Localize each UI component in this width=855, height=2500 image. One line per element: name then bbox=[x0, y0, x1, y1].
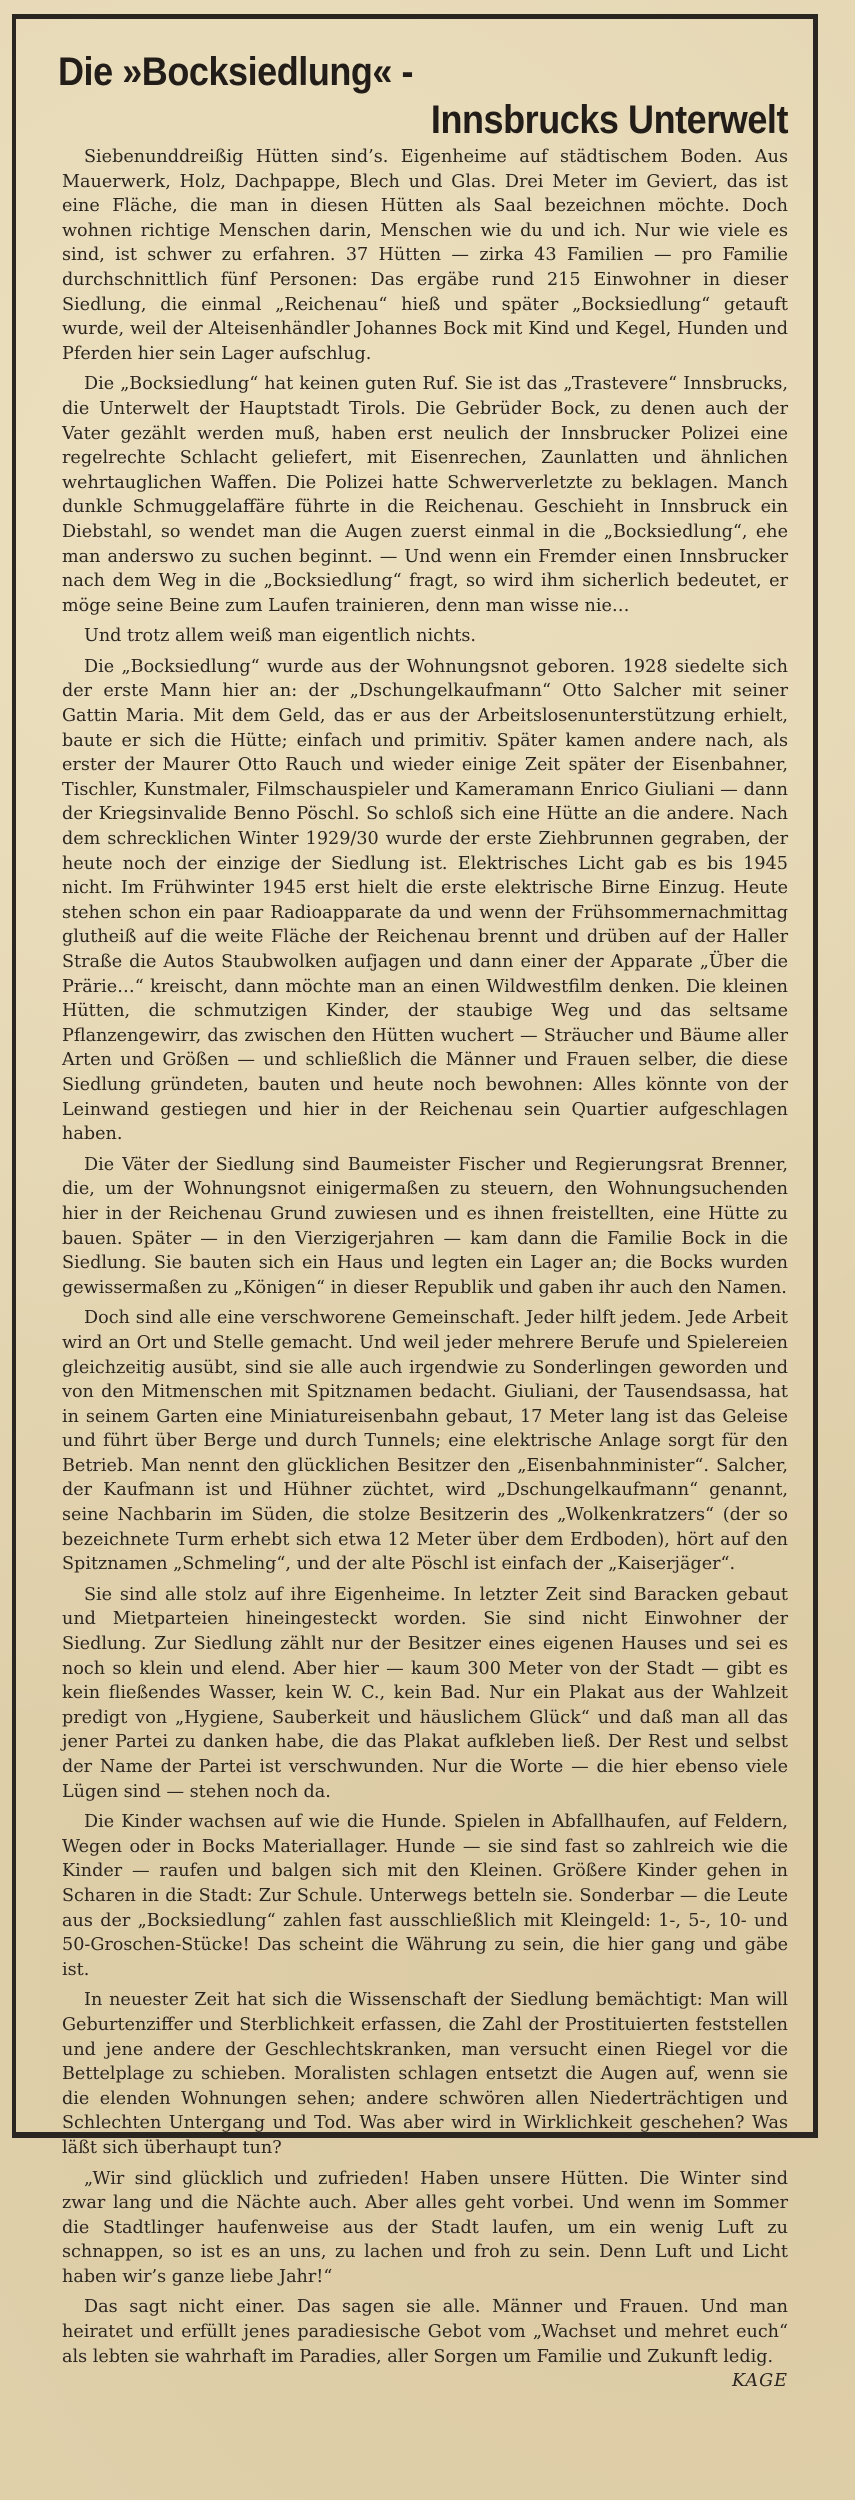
paragraph: Sie sind alle stolz auf ihre Eigenheime.… bbox=[62, 1583, 788, 1804]
paragraph: Und trotz allem weiß man eigentlich nich… bbox=[62, 624, 788, 649]
author-byline: KAGE bbox=[710, 2369, 788, 2394]
paragraph: „Wir sind glücklich und zufrieden! Haben… bbox=[62, 2167, 788, 2290]
paragraph: Die „Bocksiedlung“ wurde aus der Wohnung… bbox=[62, 655, 788, 1147]
paragraph: Die Väter der Siedlung sind Baumeister F… bbox=[62, 1153, 788, 1301]
final-paragraph: Das sagt nicht einer. Das sagen sie alle… bbox=[62, 2295, 788, 2369]
paragraph: Die Kinder wachsen auf wie die Hunde. Sp… bbox=[62, 1810, 788, 1982]
headline-line-2: Innsbrucks Unterwelt bbox=[131, 96, 788, 144]
paragraph-text: Das sagt nicht einer. Das sagen sie alle… bbox=[62, 2297, 788, 2366]
paragraph: In neuester Zeit hat sich die Wissenscha… bbox=[62, 1988, 788, 2160]
paragraph: Siebenunddreißig Hütten sind’s. Eigenhei… bbox=[62, 145, 788, 366]
paragraph: Die „Bocksiedlung“ hat keinen guten Ruf.… bbox=[62, 372, 788, 618]
paragraph: Doch sind alle eine verschworene Gemeins… bbox=[62, 1306, 788, 1577]
article-body: Siebenunddreißig Hütten sind’s. Eigenhei… bbox=[62, 145, 788, 2394]
headline-line-1: Die »Bocksiedlung« - bbox=[58, 48, 715, 96]
article-headline: Die »Bocksiedlung« - Innsbrucks Unterwel… bbox=[58, 48, 788, 144]
